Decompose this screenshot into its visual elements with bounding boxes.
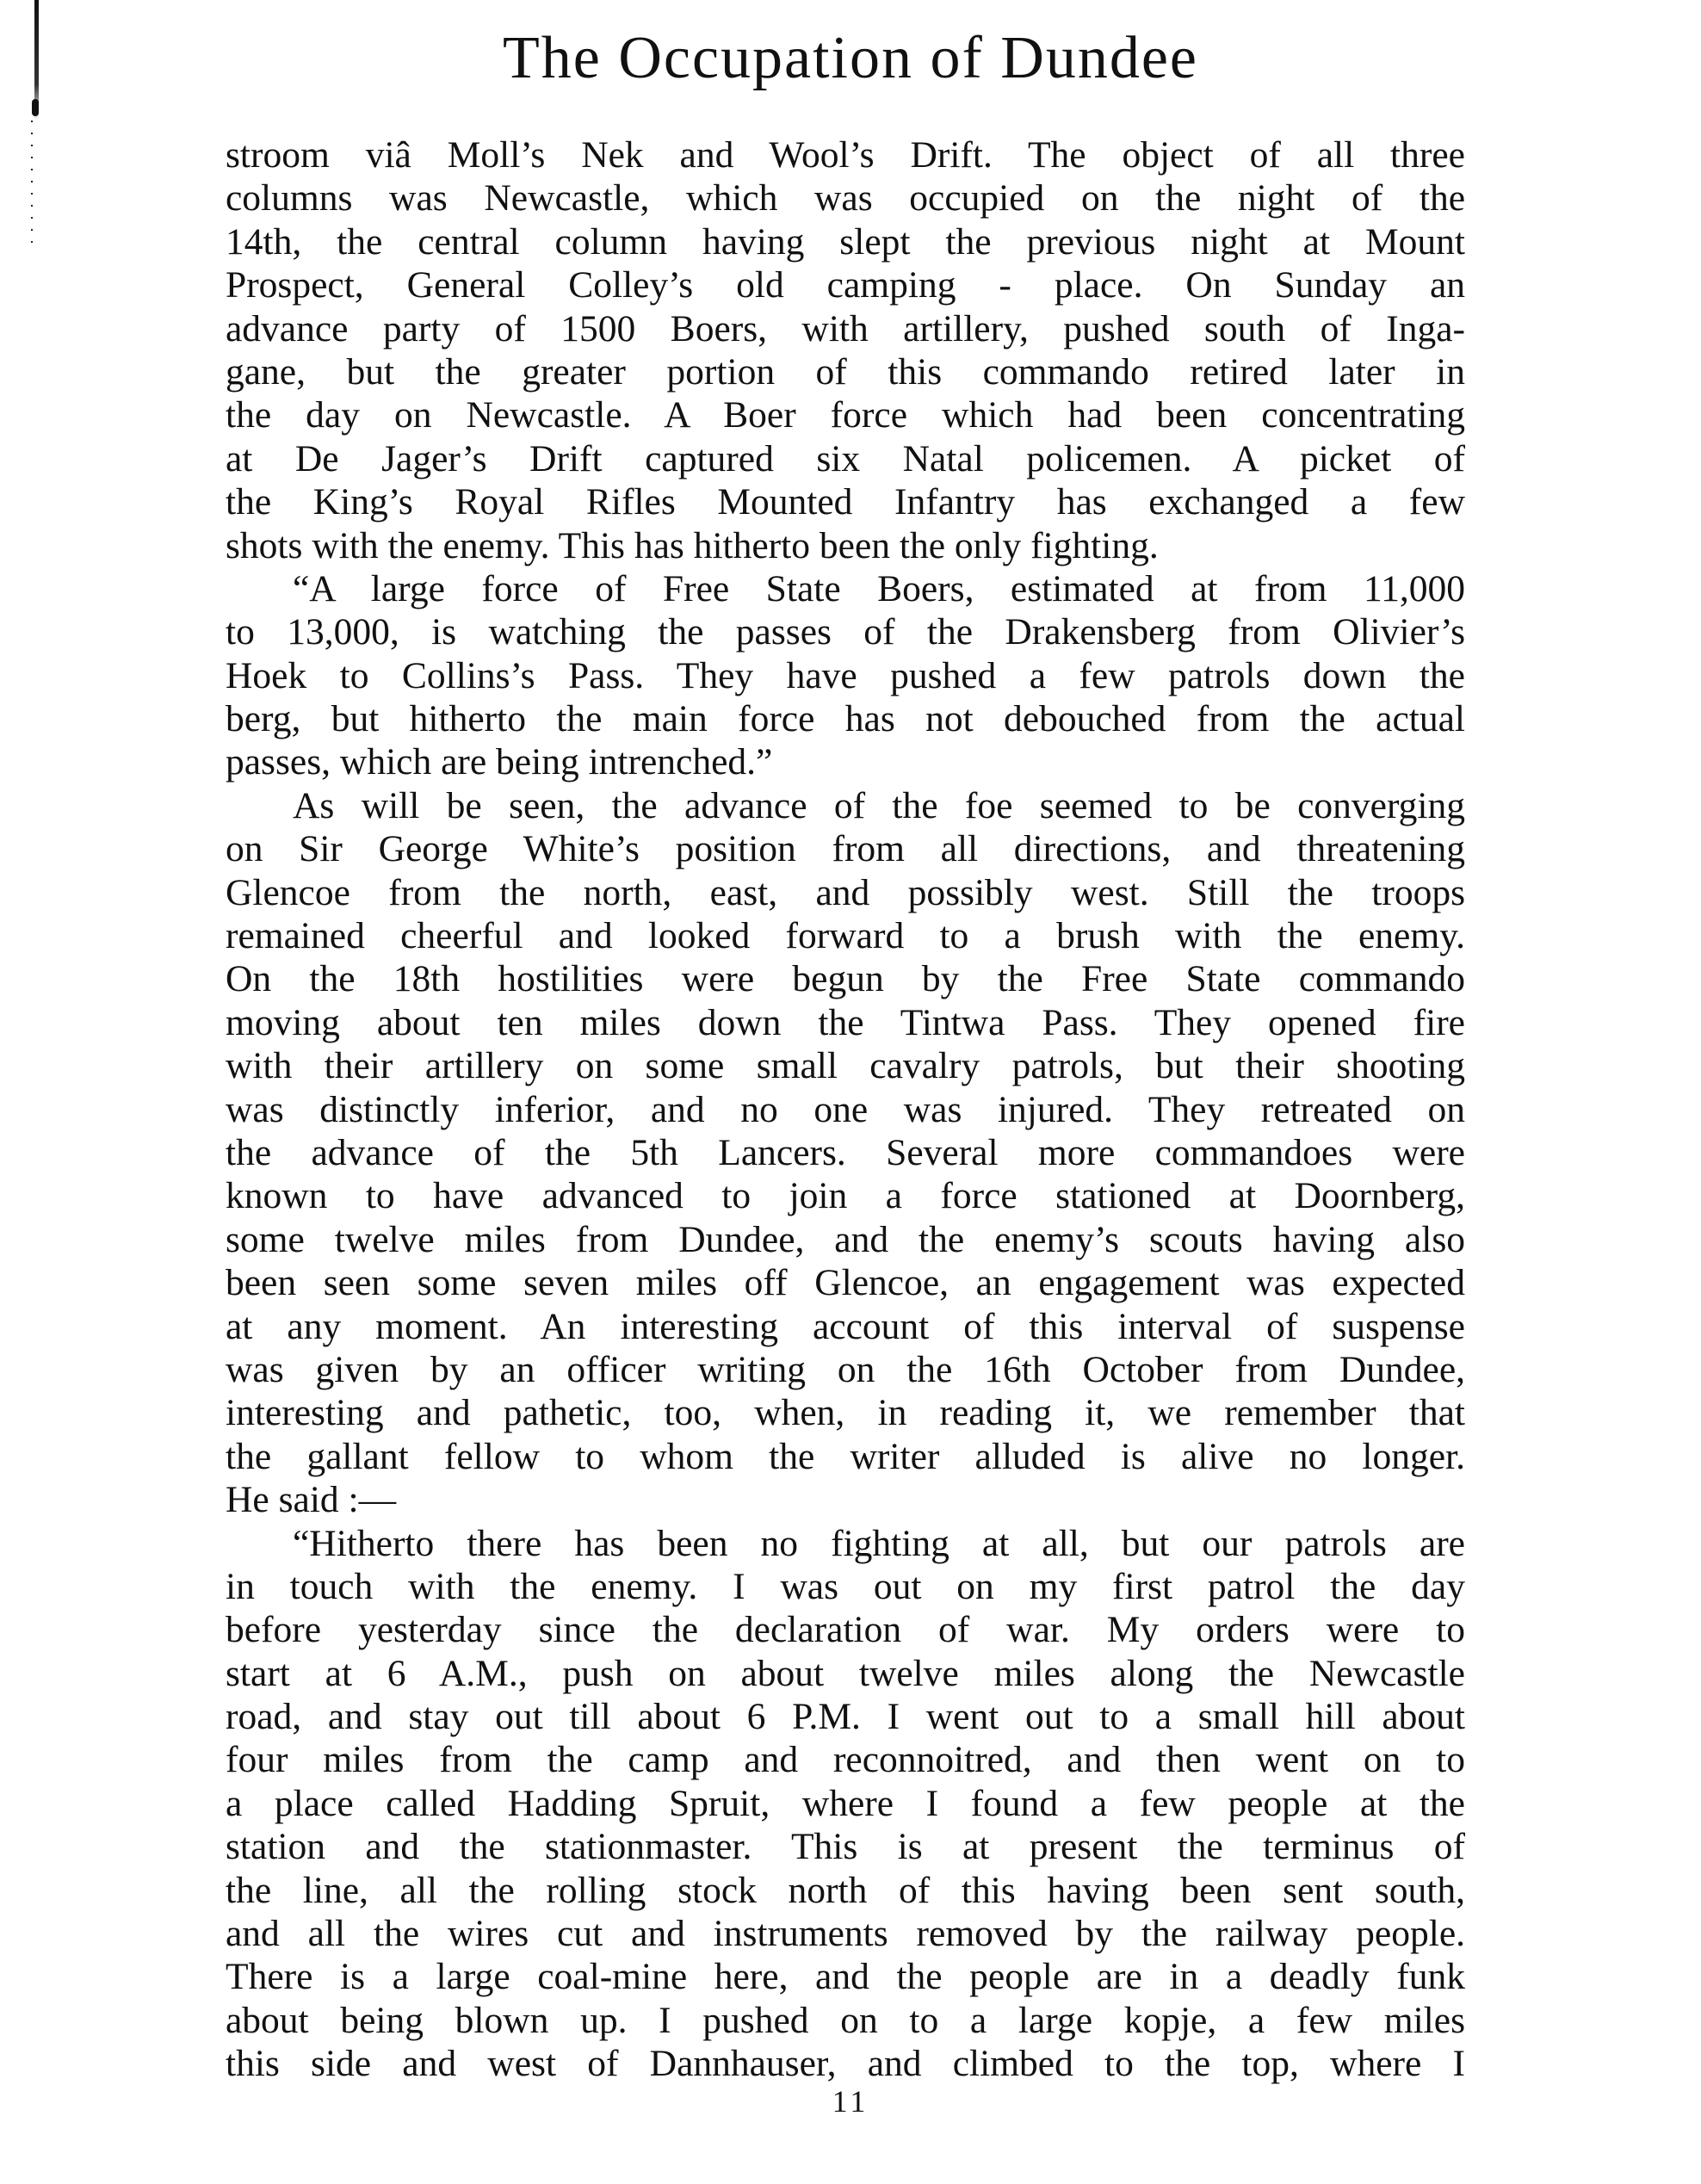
text-line: He said :— bbox=[226, 1478, 1465, 1521]
text-line: road, and stay out till about 6 P.M. I w… bbox=[226, 1695, 1465, 1738]
scan-edge-blot bbox=[32, 99, 39, 116]
text-line: the day on Newcastle. A Boer force which… bbox=[226, 393, 1465, 436]
text-line: known to have advanced to join a force s… bbox=[226, 1174, 1465, 1217]
text-line: the line, all the rolling stock north of… bbox=[226, 1869, 1465, 1912]
text-line: As will be seen, the advance of the foe … bbox=[226, 784, 1465, 827]
text-line: 14th, the central column having slept th… bbox=[226, 220, 1465, 263]
text-line: at any moment. An interesting account of… bbox=[226, 1305, 1465, 1348]
page-number: 11 bbox=[0, 2083, 1701, 2119]
text-line: Hoek to Collins’s Pass. They have pushed… bbox=[226, 654, 1465, 697]
text-line: about being blown up. I pushed on to a l… bbox=[226, 1999, 1465, 2042]
text-line: berg, but hitherto the main force has no… bbox=[226, 697, 1465, 740]
text-line: stroom viâ Moll’s Nek and Wool’s Drift. … bbox=[226, 133, 1465, 176]
text-line: to 13,000, is watching the passes of the… bbox=[226, 610, 1465, 653]
text-line: was given by an officer writing on the 1… bbox=[226, 1348, 1465, 1391]
scan-edge-dots bbox=[31, 121, 33, 250]
text-line: columns was Newcastle, which was occupie… bbox=[226, 176, 1465, 220]
text-line: interesting and pathetic, too, when, in … bbox=[226, 1391, 1465, 1434]
text-line: station and the stationmaster. This is a… bbox=[226, 1825, 1465, 1868]
text-line: and all the wires cut and instruments re… bbox=[226, 1912, 1465, 1955]
text-line: “Hitherto there has been no fighting at … bbox=[226, 1522, 1465, 1565]
text-line: passes, which are being intrenched.” bbox=[226, 740, 1465, 783]
text-line: before yesterday since the declaration o… bbox=[226, 1608, 1465, 1651]
text-line: the King’s Royal Rifles Mounted Infantry… bbox=[226, 480, 1465, 523]
text-line: on Sir George White’s position from all … bbox=[226, 827, 1465, 870]
text-line: four miles from the camp and reconnoitre… bbox=[226, 1738, 1465, 1781]
text-line: some twelve miles from Dundee, and the e… bbox=[226, 1218, 1465, 1261]
text-line: gane, but the greater portion of this co… bbox=[226, 350, 1465, 393]
text-line: been seen some seven miles off Glencoe, … bbox=[226, 1261, 1465, 1304]
text-line: the gallant fellow to whom the writer al… bbox=[226, 1435, 1465, 1478]
page-title: The Occupation of Dundee bbox=[0, 24, 1701, 93]
text-line: in touch with the enemy. I was out on my… bbox=[226, 1565, 1465, 1608]
text-line: Prospect, General Colley’s old camping -… bbox=[226, 263, 1465, 306]
text-line: at De Jager’s Drift captured six Natal p… bbox=[226, 437, 1465, 480]
text-line: with their artillery on some small caval… bbox=[226, 1044, 1465, 1087]
text-line: the advance of the 5th Lancers. Several … bbox=[226, 1131, 1465, 1174]
text-line: a place called Hadding Spruit, where I f… bbox=[226, 1782, 1465, 1825]
text-line: moving about ten miles down the Tintwa P… bbox=[226, 1001, 1465, 1044]
text-line: start at 6 A.M., push on about twelve mi… bbox=[226, 1652, 1465, 1695]
text-line: On the 18th hostilities were begun by th… bbox=[226, 957, 1465, 1000]
text-line: was distinctly inferior, and no one was … bbox=[226, 1088, 1465, 1131]
text-line: advance party of 1500 Boers, with artill… bbox=[226, 307, 1465, 350]
text-line: “A large force of Free State Boers, esti… bbox=[226, 567, 1465, 610]
text-line: this side and west of Dannhauser, and cl… bbox=[226, 2042, 1465, 2085]
body-text: stroom viâ Moll’s Nek and Wool’s Drift. … bbox=[226, 133, 1465, 2086]
text-line: remained cheerful and looked forward to … bbox=[226, 914, 1465, 957]
text-line: Glencoe from the north, east, and possib… bbox=[226, 871, 1465, 914]
book-page: The Occupation of Dundee stroom viâ Moll… bbox=[0, 0, 1701, 2184]
text-line: shots with the enemy. This has hitherto … bbox=[226, 524, 1465, 567]
text-line: There is a large coal-mine here, and the… bbox=[226, 1955, 1465, 1998]
